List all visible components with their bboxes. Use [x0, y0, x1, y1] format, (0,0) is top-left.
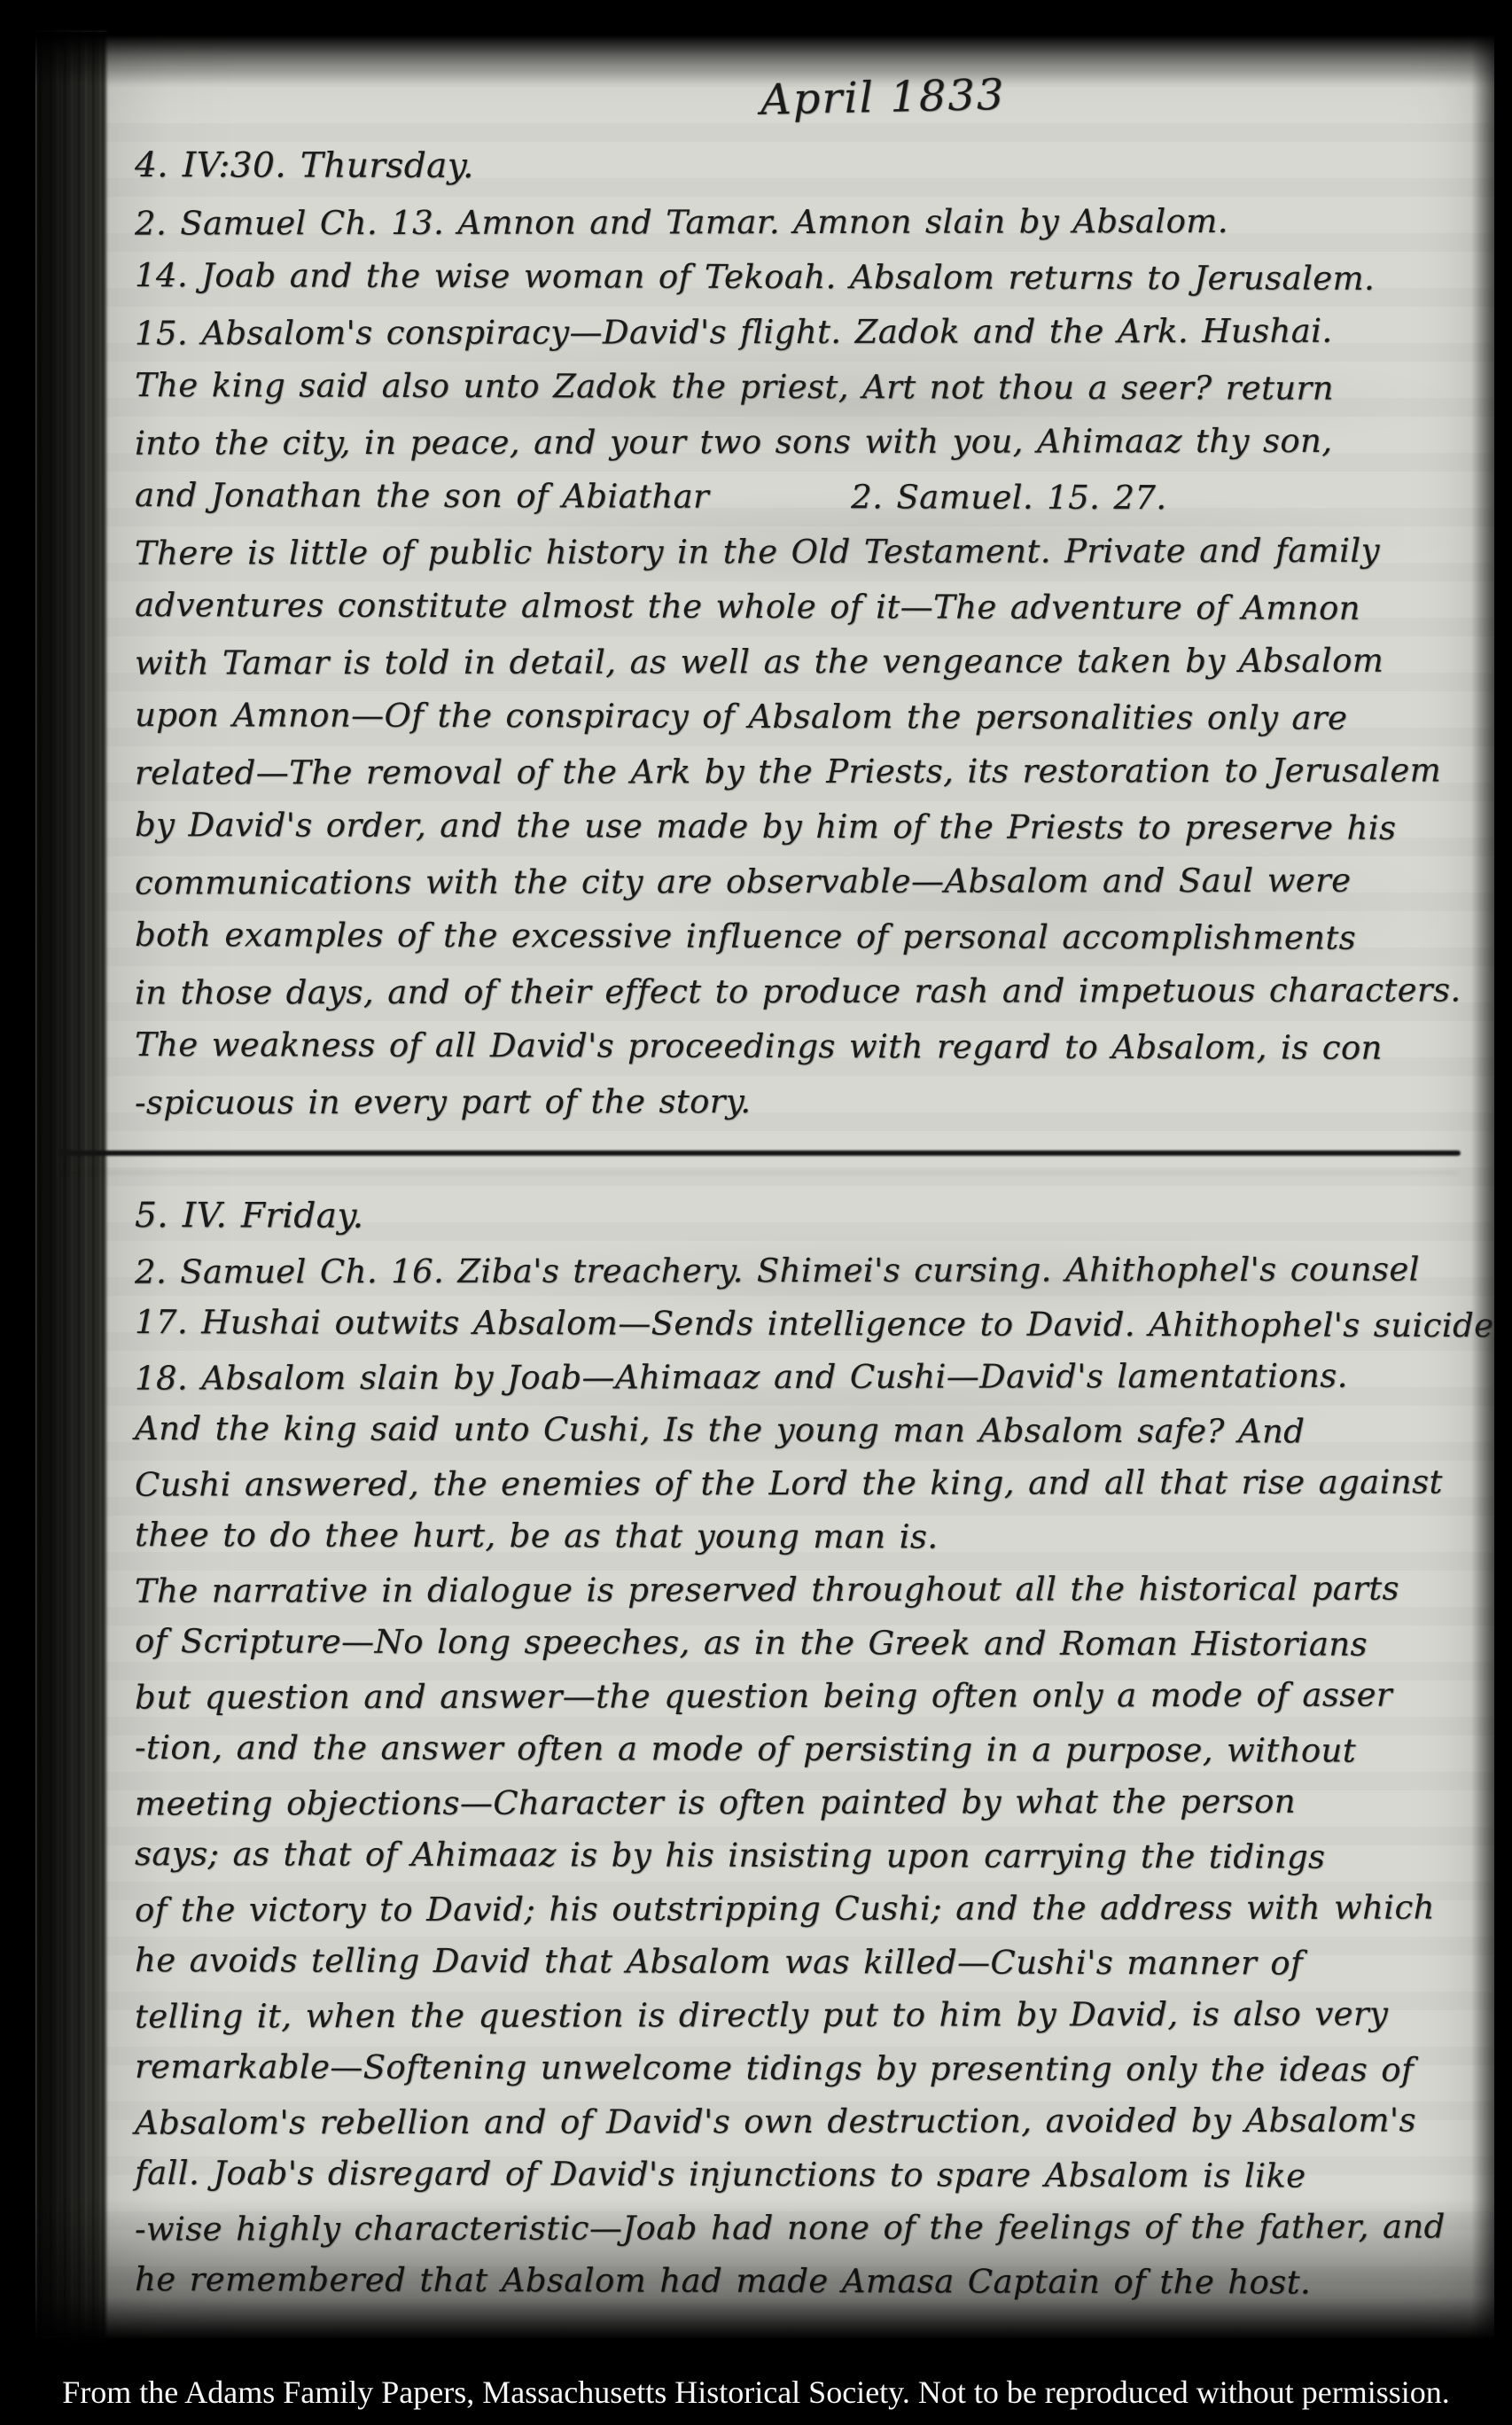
manuscript-line: telling it, when the question is directl…: [135, 1987, 1464, 2043]
manuscript-line: communications with the city are observa…: [135, 853, 1464, 910]
manuscript-line: 14. Joab and the wise woman of Tekoah. A…: [135, 248, 1464, 307]
manuscript-line: The narrative in dialogue is preserved t…: [135, 1562, 1464, 1618]
entry-divider-rule: [60, 1150, 1461, 1156]
manuscript-line: The king said also unto Zadok the priest…: [135, 358, 1464, 417]
manuscript-line: Absalom's rebellion and of David's own d…: [135, 2094, 1464, 2149]
page-header-date: April 1833: [760, 70, 1006, 125]
entry-date-line: 5. IV. Friday.: [135, 1189, 1464, 1246]
manuscript-line: Cushi answered, the enemies of the Lord …: [135, 1455, 1464, 1511]
manuscript-line: 15. Absalom's conspiracy—David's flight.…: [135, 303, 1464, 361]
manuscript-line: -spicuous in every part of the story.: [135, 1072, 1464, 1130]
manuscript-line: upon Amnon—Of the conspiracy of Absalom …: [135, 688, 1464, 746]
manuscript-line: fall. Joab's disregard of David's injunc…: [135, 2147, 1464, 2203]
manuscript-line: says; as that of Ahimaaz is by his insis…: [135, 1828, 1464, 1884]
manuscript-line: 17. Hushai outwits Absalom—Sends intelli…: [135, 1296, 1464, 1353]
manuscript-line: remarkable—Softening unwelcome tidings b…: [135, 2040, 1464, 2097]
manuscript-line: by David's order, and the use made by hi…: [135, 798, 1464, 856]
book-spine-page-edges: [35, 32, 106, 2338]
manuscript-line: related—The removal of the Ark by the Pr…: [135, 743, 1464, 800]
manuscript-line: of the victory to David; his outstrippin…: [135, 1881, 1464, 1937]
scanned-diary-photo: April 1833 4. IV:30. Thursday. 2. Samuel…: [0, 0, 1512, 2425]
quote-end-text: and Jonathan the son of Abiathar: [135, 476, 709, 516]
manuscript-line: but question and answer—the question bei…: [135, 1668, 1464, 1724]
manuscript-line: adventures constitute almost the whole o…: [135, 578, 1464, 636]
manuscript-line: he avoids telling David that Absalom was…: [135, 1934, 1464, 1991]
manuscript-line-with-citation: and Jonathan the son of Abiathar2. Samue…: [135, 468, 1464, 526]
manuscript-line: 2. Samuel Ch. 13. Amnon and Tamar. Amnon…: [135, 193, 1464, 251]
manuscript-line: There is little of public history in the…: [135, 523, 1464, 581]
diary-entry-april-4: 4. IV:30. Thursday. 2. Samuel Ch. 13. Am…: [135, 140, 1464, 1129]
page-shadow-bottom: [35, 2198, 1494, 2340]
archive-caption: From the Adams Family Papers, Massachuse…: [0, 2374, 1512, 2411]
manuscript-line: 18. Absalom slain by Joab—Ahimaaz and Cu…: [135, 1349, 1464, 1405]
manuscript-line: The weakness of all David's proceedings …: [135, 1018, 1464, 1076]
page-shadow-right: [1471, 32, 1498, 2338]
manuscript-line: 2. Samuel Ch. 16. Ziba's treachery. Shim…: [135, 1243, 1464, 1298]
manuscript-line: of Scripture—No long speeches, as in the…: [135, 1615, 1464, 1672]
manuscript-line: -tion, and the answer often a mode of pe…: [135, 1721, 1464, 1778]
manuscript-line: meeting objections—Character is often pa…: [135, 1774, 1464, 1830]
scripture-citation: 2. Samuel. 15. 27.: [851, 470, 1166, 526]
manuscript-line: And the king said unto Cushi, Is the you…: [135, 1402, 1464, 1459]
manuscript-line: into the city, in peace, and your two so…: [135, 413, 1464, 471]
manuscript-line: in those days, and of their effect to pr…: [135, 963, 1464, 1020]
entry-date-line: 4. IV:30. Thursday.: [135, 138, 1464, 197]
manuscript-line: with Tamar is told in detail, as well as…: [135, 633, 1464, 690]
manuscript-line: both examples of the excessive influence…: [135, 908, 1464, 966]
diary-entry-april-5: 5. IV. Friday. 2. Samuel Ch. 16. Ziba's …: [135, 1191, 1464, 2308]
manuscript-line: thee to do thee hurt, be as that young m…: [135, 1509, 1464, 1565]
